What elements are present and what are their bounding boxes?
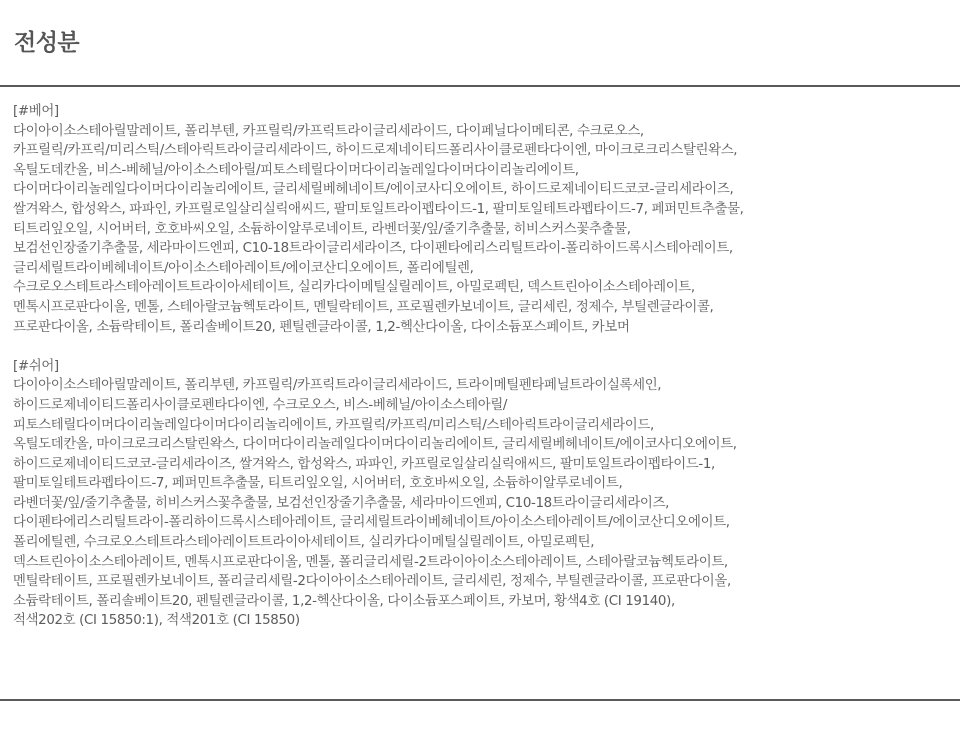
ingredients-content: [#베어] 다이아이소스테아릴말레이트, 폴리부텐, 카프릴릭/카프릭트라이글리…	[13, 102, 953, 651]
ingredients-section-sheer: [#쉬어] 다이아이소스테아릴말레이트, 폴리부텐, 카프릴릭/카프릭트라이글리…	[13, 357, 953, 631]
ingredient-line: 다이펜타에리스리틸트라이-폴리하이드록시스테아레이트, 글리세릴트라이베헤네이트…	[13, 513, 953, 533]
ingredient-line: 옥틸도데칸올, 비스-베헤닐/아이소스테아릴/피토스테릴다이머다이리놀레일다이머…	[13, 161, 953, 181]
ingredient-line: 쌀겨왁스, 합성왁스, 파파인, 카프릴로일살리실릭애씨드, 팔미토일트라이펩타…	[13, 200, 953, 220]
ingredient-line: 라벤더꽃/잎/줄기추출물, 히비스커스꽃추출물, 보검선인장줄기추출물, 세라마…	[13, 494, 953, 514]
ingredient-line: 폴리에틸렌, 수크로오스테트라스테아레이트트라이아세테이트, 실리카다이메틸실릴…	[13, 533, 953, 553]
ingredient-line: 프로판다이올, 소듐락테이트, 폴리솔베이트20, 펜틸렌글라이콜, 1,2-헥…	[13, 318, 953, 338]
ingredient-line: 소듐락테이트, 폴리솔베이트20, 펜틸렌글라이콜, 1,2-헥산다이올, 다이…	[13, 592, 953, 612]
section-label: [#베어]	[13, 102, 953, 122]
ingredient-line: 적색202호 (CI 15850:1), 적색201호 (CI 15850)	[13, 611, 953, 631]
ingredient-line: 다이아이소스테아릴말레이트, 폴리부텐, 카프릴릭/카프릭트라이글리세라이드, …	[13, 122, 953, 142]
footer-divider	[0, 699, 960, 701]
ingredient-line: 팔미토일테트라펩타이드-7, 페퍼민트추출물, 티트리잎오일, 시어버터, 호호…	[13, 474, 953, 494]
ingredient-line: 다이아이소스테아릴말레이트, 폴리부텐, 카프릴릭/카프릭트라이글리세라이드, …	[13, 376, 953, 396]
ingredient-line: 수크로오스테트라스테아레이트트라이아세테이트, 실리카다이메틸실릴레이트, 아밀…	[13, 278, 953, 298]
ingredients-section-bare: [#베어] 다이아이소스테아릴말레이트, 폴리부텐, 카프릴릭/카프릭트라이글리…	[13, 102, 953, 337]
ingredient-line: 글리세릴트라이베헤네이트/아이소스테아레이트/에이코산디오에이트, 폴리에틸렌,	[13, 259, 953, 279]
ingredient-line: 하이드로제네이티드코코-글리세라이즈, 쌀겨왁스, 합성왁스, 파파인, 카프릴…	[13, 455, 953, 475]
ingredient-line: 다이머다이리놀레일다이머다이리놀리에이트, 글리세릴베헤네이트/에이코사디오에이…	[13, 180, 953, 200]
page-title: 전성분	[14, 24, 79, 57]
ingredient-line: 옥틸도데칸올, 마이크로크리스탈린왁스, 다이머다이리놀레일다이머다이리놀리에이…	[13, 435, 953, 455]
header-divider	[0, 85, 960, 87]
ingredient-line: 카프릴릭/카프릭/미리스틱/스테아릭트라이글리세라이드, 하이드로제네이티드폴리…	[13, 141, 953, 161]
ingredient-line: 덱스트린아이소스테아레이트, 멘톡시프로판다이올, 멘톨, 폴리글리세릴-2트라…	[13, 553, 953, 573]
ingredient-line: 피토스테릴다이머다이리놀레일다이머다이리놀리에이트, 카프릴릭/카프릭/미리스틱…	[13, 416, 953, 436]
ingredient-line: 멘틸락테이트, 프로필렌카보네이트, 폴리글리세릴-2다이아이소스테아레이트, …	[13, 572, 953, 592]
ingredient-line: 티트리잎오일, 시어버터, 호호바씨오일, 소듐하이알루로네이트, 라벤더꽃/잎…	[13, 220, 953, 240]
ingredient-line: 하이드로제네이티드폴리사이클로펜타다이엔, 수크로오스, 비스-베헤닐/아이소스…	[13, 396, 953, 416]
ingredient-line: 보검선인장줄기추출물, 세라마이드엔피, C10-18트라이글리세라이즈, 다이…	[13, 239, 953, 259]
ingredient-line: 멘톡시프로판다이올, 멘톨, 스테아랄코늄헥토라이트, 멘틸락테이트, 프로필렌…	[13, 298, 953, 318]
section-label: [#쉬어]	[13, 357, 953, 377]
